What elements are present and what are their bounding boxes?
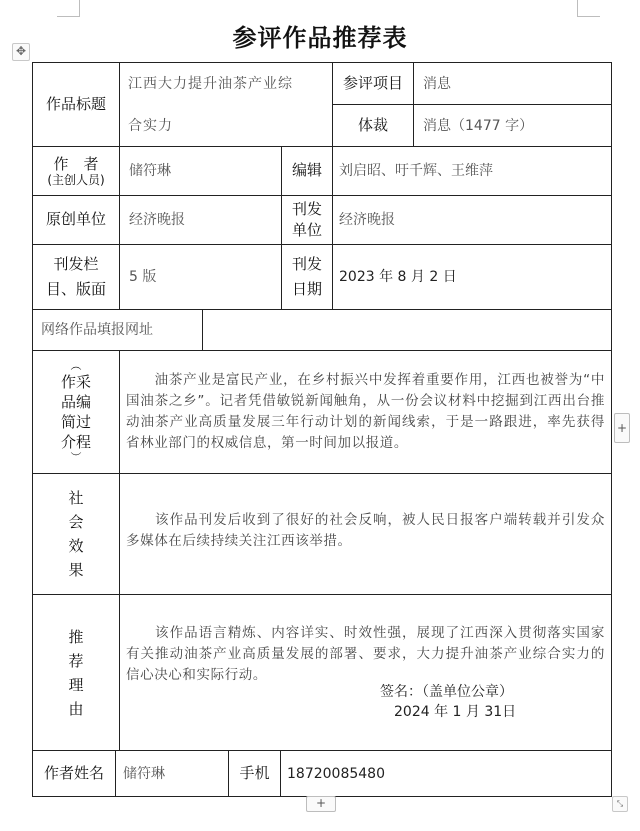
reason-label-char-2: 荐 [68, 649, 83, 673]
process-label: ︵ 作采 品编 简过 介程 ︶ [32, 350, 120, 474]
genre-label: 体裁 [332, 104, 414, 147]
effect-content[interactable]: 该作品刊发后收到了很好的社会反响，被人民日报客户端转载并引发众多媒体在后续持续关… [119, 473, 612, 595]
url-label-text: 网络作品填报网址 [41, 323, 153, 337]
effect-label-char-3: 效 [68, 534, 83, 558]
page-corner-mark-top-left [57, 0, 80, 17]
url-value[interactable] [202, 309, 612, 351]
reason-label-char-1: 推 [68, 625, 83, 649]
author-value-text: 储符琳 [129, 164, 171, 178]
column-label-line-2: 目、版面 [46, 277, 106, 302]
genre-value-text: 消息（1477 字） [423, 119, 533, 133]
reason-label-char-4: 由 [68, 697, 83, 721]
origin-unit-value[interactable]: 经济晚报 [119, 195, 282, 245]
phone-label: 手机 [228, 750, 281, 797]
process-label-paren-bottom: ︶ [71, 452, 82, 464]
editor-value-text: 刘启昭、吁千辉、王维萍 [339, 164, 493, 178]
category-value-text: 消息 [423, 77, 451, 91]
author-label-line-1: 作 者 [53, 155, 98, 173]
publish-unit-value-text: 经济晚报 [339, 213, 395, 227]
reason-label-char-3: 理 [68, 673, 83, 697]
genre-value[interactable]: 消息（1477 字） [413, 104, 612, 147]
process-label-line-4: 介程 [61, 432, 91, 452]
author-name-value[interactable]: 储符琳 [115, 750, 229, 797]
effect-text: 该作品刊发后收到了很好的社会反响，被人民日报客户端转载并引发众多媒体在后续持续关… [120, 510, 611, 552]
url-label: 网络作品填报网址 [32, 309, 203, 351]
work-title-label: 作品标题 [32, 62, 120, 147]
table-move-handle-icon[interactable]: ✥ [12, 43, 30, 61]
document-title: 参评作品推荐表 [0, 18, 640, 53]
page-corner-mark-top-right [577, 0, 600, 17]
category-label: 参评项目 [332, 62, 414, 105]
phone-label-text: 手机 [239, 763, 269, 785]
author-name-label: 作者姓名 [32, 750, 116, 797]
process-label-line-1: 作采 [61, 372, 91, 392]
column-value-text: 5 版 [129, 270, 156, 284]
origin-unit-value-text: 经济晚报 [129, 213, 185, 227]
author-name-value-text: 储符琳 [123, 767, 165, 781]
publish-date-label-line-2: 日期 [292, 277, 322, 302]
work-title-label-text: 作品标题 [46, 94, 106, 116]
category-value[interactable]: 消息 [413, 62, 612, 105]
process-content[interactable]: 油茶产业是富民产业，在乡村振兴中发挥着重要作用，江西也被誉为“中国油茶之乡”。记… [119, 350, 612, 474]
signature-line: 签名：（盖单位公章） [380, 681, 513, 701]
work-title-line-1: 江西大力提升油茶产业综 [128, 73, 332, 95]
phone-value-text: 18720085480 [287, 767, 385, 781]
process-label-paren-top: ︵ [71, 360, 82, 372]
work-title-line-2: 合实力 [128, 115, 332, 137]
reason-content[interactable]: 该作品语言精炼、内容详实、时效性强，展现了江西深入贯彻落实国家有关推动油茶产业高… [119, 594, 612, 751]
table-resize-handle-icon[interactable]: ⤡ [612, 796, 628, 812]
effect-label-char-1: 社 [68, 486, 83, 510]
publish-unit-value[interactable]: 经济晚报 [332, 195, 612, 245]
publish-date-label: 刊发 日期 [281, 244, 333, 310]
process-label-line-3: 简过 [61, 412, 91, 432]
reason-text: 该作品语言精炼、内容详实、时效性强，展现了江西深入贯彻落实国家有关推动油茶产业高… [120, 623, 611, 686]
publish-date-label-line-1: 刊发 [292, 252, 322, 277]
effect-label-char-4: 果 [68, 558, 83, 582]
author-value[interactable]: 储符琳 [119, 146, 282, 196]
author-label-line-2: (主创人员) [47, 173, 104, 187]
origin-unit-label: 原创单位 [32, 195, 120, 245]
work-title-value[interactable]: 江西大力提升油茶产业综 合实力 [119, 62, 333, 147]
publish-unit-label-line-1: 刊发 [292, 199, 322, 220]
reason-label: 推 荐 理 由 [32, 594, 120, 751]
signature-date: 2024 年 1 月 31日 [394, 701, 516, 721]
add-row-button[interactable]: + [306, 796, 336, 812]
process-text: 油茶产业是富民产业，在乡村振兴中发挥着重要作用，江西也被誉为“中国油茶之乡”。记… [120, 370, 611, 454]
column-label-line-1: 刊发栏 [53, 252, 98, 277]
column-label: 刊发栏 目、版面 [32, 244, 120, 310]
phone-value[interactable]: 18720085480 [280, 750, 612, 797]
category-label-text: 参评项目 [343, 73, 403, 95]
column-value[interactable]: 5 版 [119, 244, 282, 310]
origin-unit-label-text: 原创单位 [46, 209, 106, 231]
editor-label-text: 编辑 [292, 160, 322, 182]
author-name-label-text: 作者姓名 [44, 763, 104, 785]
publish-unit-label-line-2: 单位 [292, 220, 322, 241]
editor-label: 编辑 [281, 146, 333, 196]
editor-value[interactable]: 刘启昭、吁千辉、王维萍 [332, 146, 612, 196]
effect-label-char-2: 会 [68, 510, 83, 534]
publish-date-value[interactable]: 2023 年 8 月 2 日 [332, 244, 612, 310]
publish-unit-label: 刊发 单位 [281, 195, 333, 245]
add-column-button[interactable]: + [614, 413, 630, 443]
process-label-line-2: 品编 [61, 392, 91, 412]
publish-date-value-text: 2023 年 8 月 2 日 [339, 270, 457, 284]
genre-label-text: 体裁 [358, 115, 388, 137]
effect-label: 社 会 效 果 [32, 473, 120, 595]
author-label: 作 者 (主创人员) [32, 146, 120, 196]
